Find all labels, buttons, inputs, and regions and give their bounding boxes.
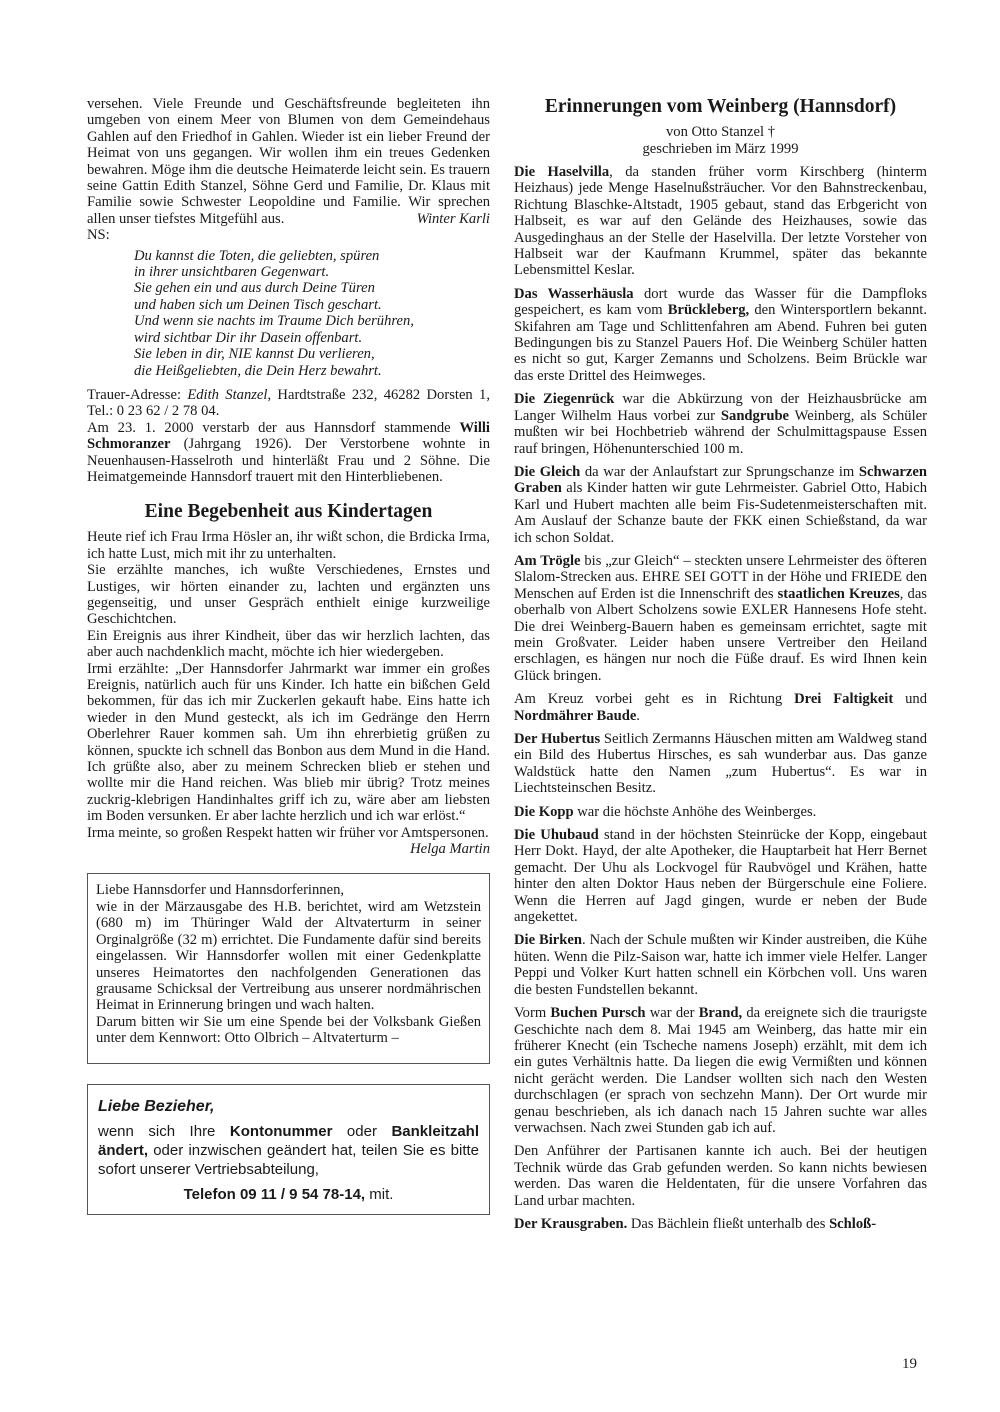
left-column: versehen. Viele Freunde und Geschäftsfre…: [87, 96, 490, 1215]
article-byline: von Otto Stanzel † geschrieben im März 1…: [514, 124, 927, 158]
author-line: von Otto Stanzel †: [514, 124, 927, 141]
article-paragraph: Am Kreuz vorbei geht es in Richtung Drei…: [514, 691, 927, 724]
death-notice: Am 23. 1. 2000 verstarb der aus Hannsdor…: [87, 420, 490, 486]
poem-line: Du kannst die Toten, die geliebten, spür…: [134, 248, 490, 264]
obituary-text: versehen. Viele Freunde und Geschäftsfre…: [87, 96, 490, 227]
written-date: geschrieben im März 1999: [514, 141, 927, 158]
subscriber-body: wenn sich Ihre Kontonummer oder Bankleit…: [98, 1122, 479, 1179]
poem-line: in ihrer unsichtbaren Gegenwart.: [134, 264, 490, 280]
poem-line: die Heißgeliebten, die Dein Herz bewahrt…: [134, 363, 490, 379]
article-paragraph: Die Gleich da war der Anlaufstart zur Sp…: [514, 464, 927, 546]
page-number: 19: [902, 1356, 917, 1373]
article-paragraph: Das Wasserhäusla dort wurde das Wasser f…: [514, 286, 927, 384]
story-author: Helga Martin: [410, 841, 490, 857]
donation-box: Liebe Hannsdorfer und Hannsdorferinnen, …: [87, 873, 490, 1063]
subscriber-title: Liebe Bezieher,: [98, 1097, 479, 1116]
subscriber-phone: Telefon 09 11 / 9 54 78-14, mit.: [98, 1185, 479, 1204]
story-paragraph-last: Irma meinte, so großen Respekt hatten wi…: [87, 825, 490, 841]
ns-label: NS:: [87, 227, 490, 243]
donation-body: wie in der Märzausgabe des H.B. berichte…: [96, 899, 481, 1014]
poem: Du kannst die Toten, die geliebten, spür…: [134, 248, 490, 379]
article-paragraph: Die Uhubaud stand in der höchsten Steinr…: [514, 827, 927, 925]
obituary-signature: Winter Karli: [417, 211, 490, 227]
mourning-address: Trauer-Adresse: Edith Stanzel, Hardtstra…: [87, 387, 490, 420]
story-paragraph: Ein Ereignis aus ihrer Kindheit, über da…: [87, 628, 490, 661]
article-paragraph: Den Anführer der Partisanen kannte ich a…: [514, 1143, 927, 1209]
right-column: Erinnerungen vom Weinberg (Hannsdorf) vo…: [514, 96, 927, 1232]
article-paragraph: Die Kopp war die höchste Anhöhe des Wein…: [514, 804, 927, 820]
article-paragraph: Die Haselvilla, da standen früher vorm K…: [514, 164, 927, 279]
article-paragraph: Die Ziegenrück war die Abkürzung von der…: [514, 391, 927, 457]
article-paragraph: Die Birken. Nach der Schule mußten wir K…: [514, 932, 927, 998]
story-paragraph: Irmi erzählte: „Der Hannsdorfer Jahrmark…: [87, 661, 490, 825]
donation-appeal: Darum bitten wir Sie um eine Spende bei …: [96, 1014, 481, 1047]
article-paragraph: Vorm Buchen Pursch war der Brand, da ere…: [514, 1005, 927, 1136]
article-paragraph: Der Krausgraben. Das Bächlein fließt unt…: [514, 1216, 927, 1232]
article-title: Erinnerungen vom Weinberg (Hannsdorf): [514, 96, 927, 118]
poem-line: Sie leben in dir, NIE kannst Du verliere…: [134, 346, 490, 362]
story-paragraph: Heute rief ich Frau Irma Hösler an, ihr …: [87, 529, 490, 562]
article-paragraph: Der Hubertus Seitlich Zermanns Häuschen …: [514, 731, 927, 797]
poem-line: Und wenn sie nachts im Traume Dich berüh…: [134, 313, 490, 329]
subscriber-box: Liebe Bezieher, wenn sich Ihre Kontonumm…: [87, 1084, 490, 1215]
story-paragraph: Sie erzählte manches, ich wußte Verschie…: [87, 562, 490, 628]
poem-line: Sie gehen ein und aus durch Deine Türen: [134, 280, 490, 296]
story-title: Eine Begebenheit aus Kindertagen: [87, 501, 490, 523]
poem-line: wird sichtbar Dir ihr Dasein offenbart.: [134, 330, 490, 346]
donation-greeting: Liebe Hannsdorfer und Hannsdorferinnen,: [96, 882, 481, 898]
poem-line: und haben sich um Deinen Tisch geschart.: [134, 297, 490, 313]
article-paragraph: Am Trögle bis „zur Gleich“ – steckten un…: [514, 553, 927, 684]
